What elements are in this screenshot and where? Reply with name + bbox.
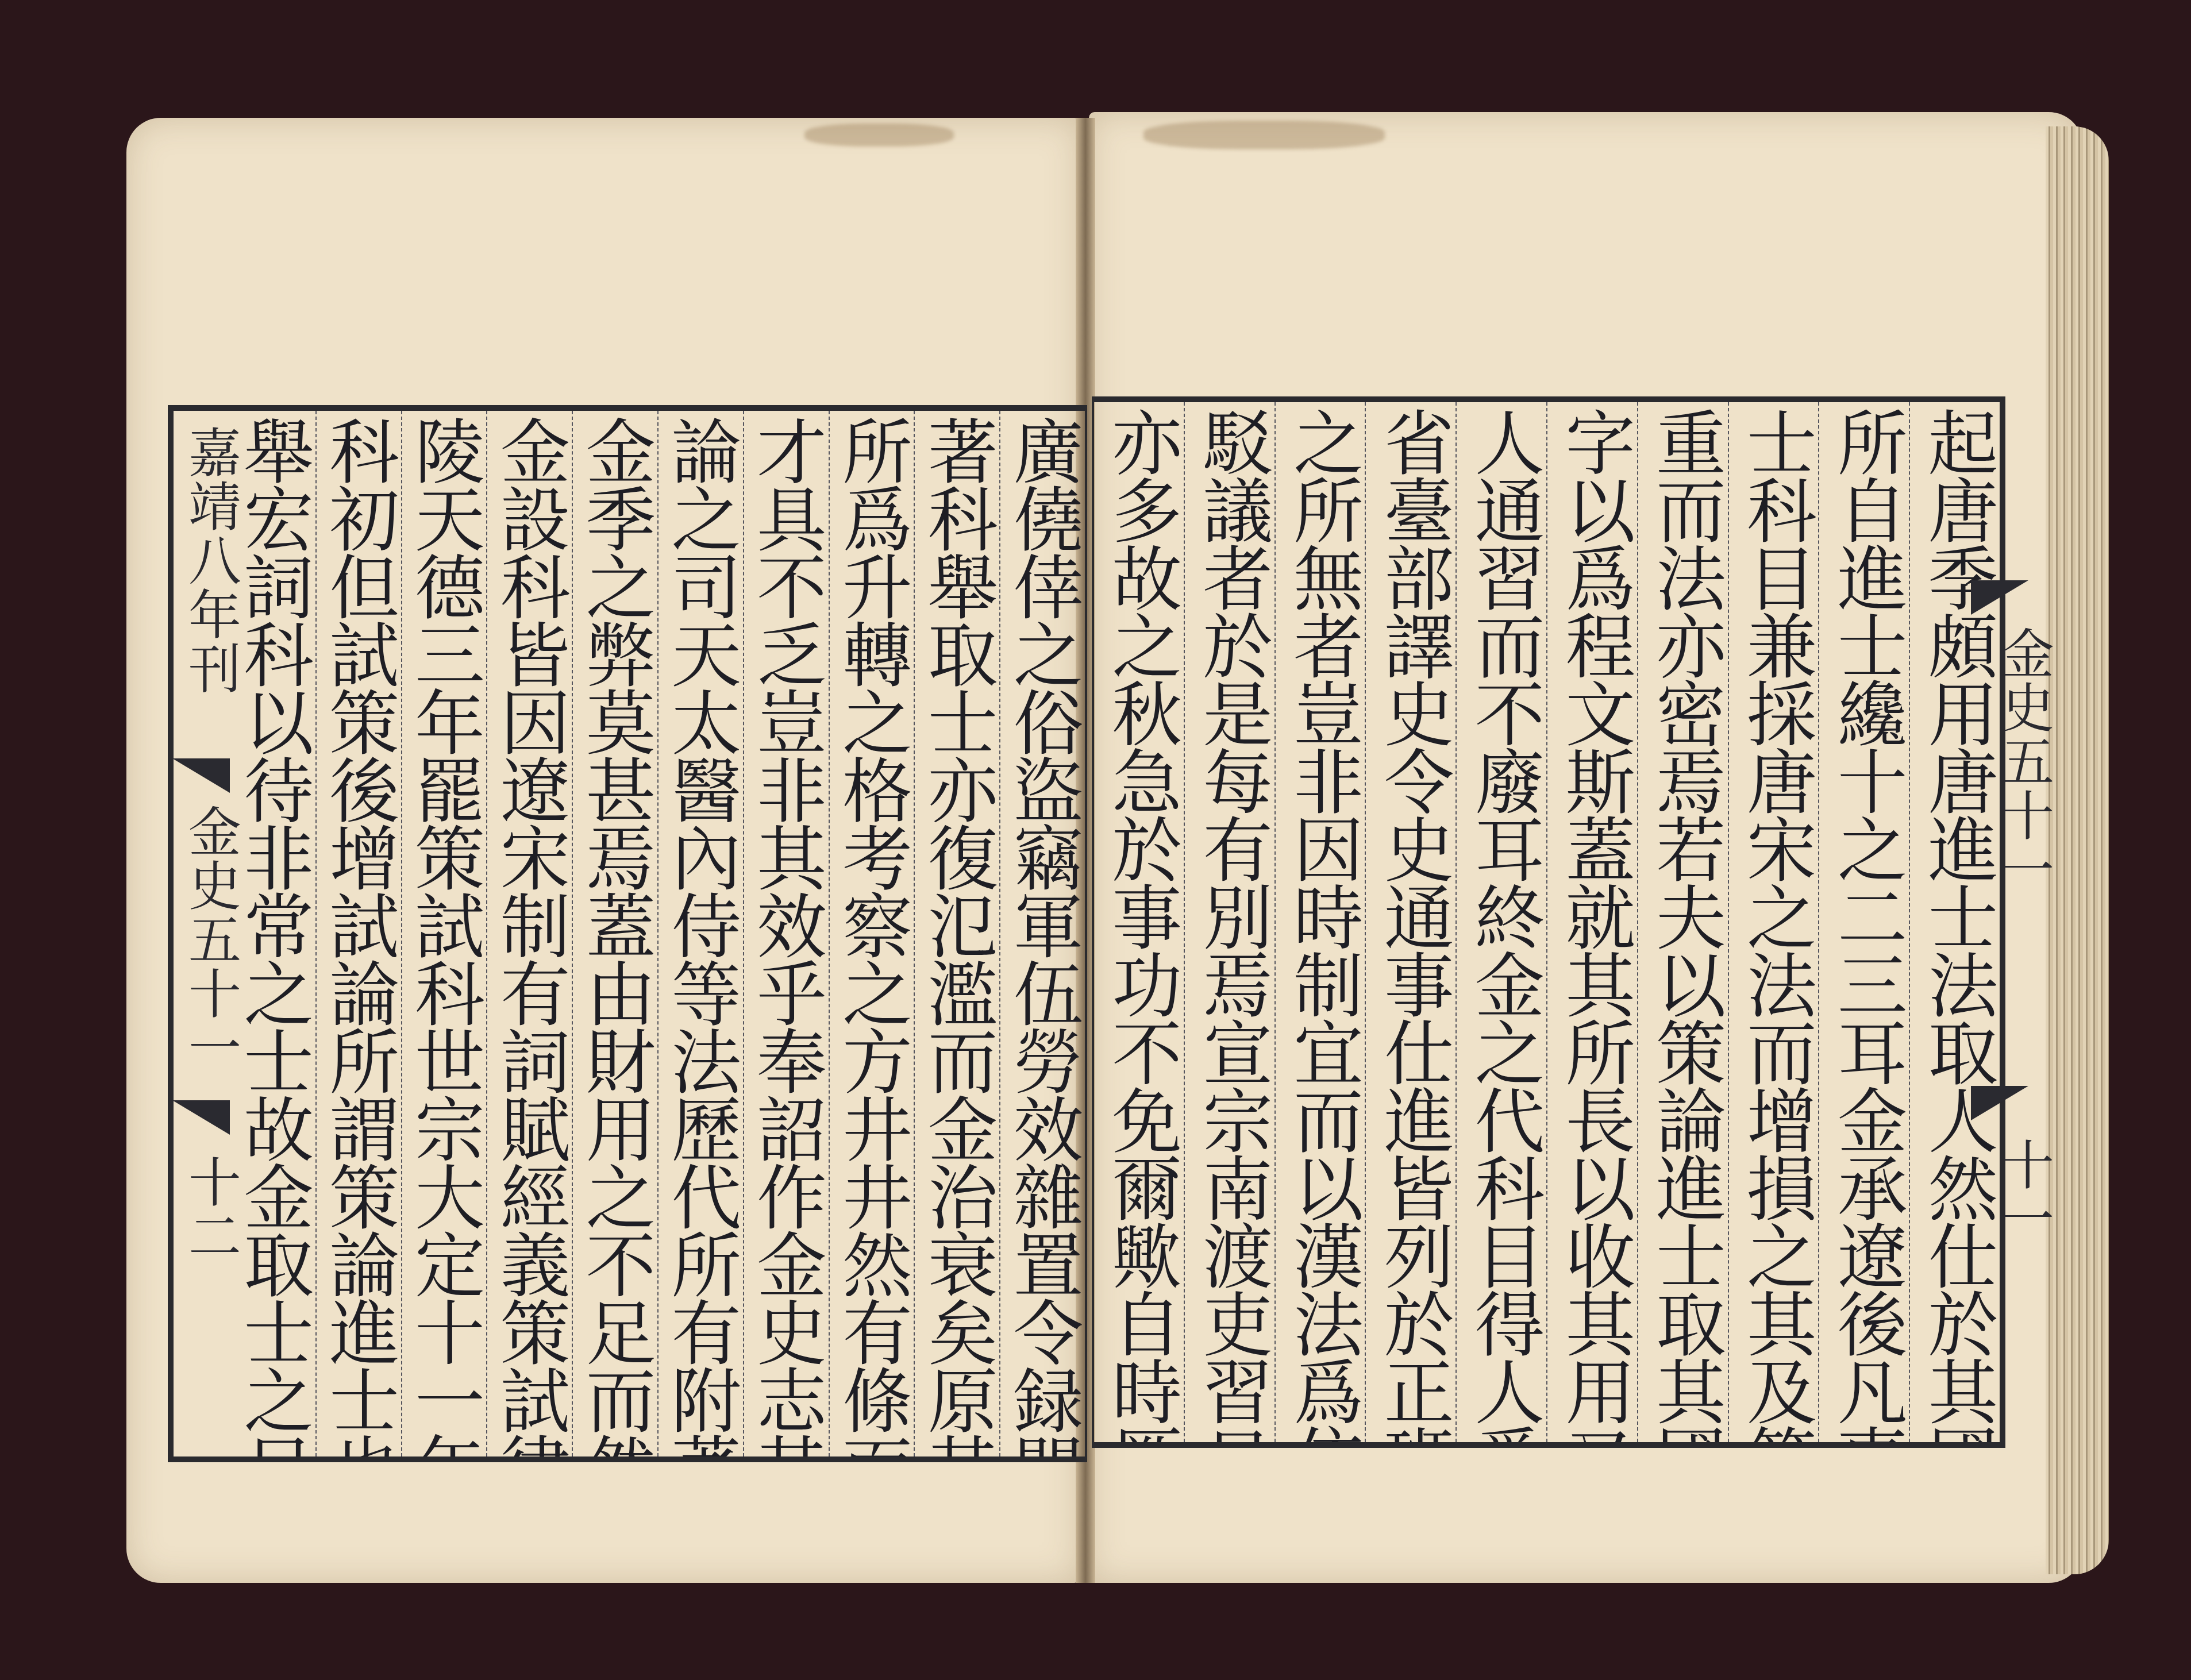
left-text-columns: 廣僥倖之俗盜竊軍伍勞效雜置令録門蔭右職迭居朝 著科舉取士亦復氾濫而金治衰矣原其立… — [231, 411, 1085, 1456]
right-text-columns: 起唐季頗用唐進士法取人然仕於其國者攷其致身之 所自進士纔十之二三耳金承遼後凡事欲… — [1094, 402, 2000, 1442]
text-column: 之所無者豈非因時制宜而以漢法爲依据者乎金治純 — [1274, 402, 1365, 1442]
text-column: 科初但試策後增試論所謂策論進士也明昌初又設制 — [315, 411, 401, 1456]
text-column: 舉宏詞科以待非常之士故金取士之目有七焉其試詞 — [231, 411, 315, 1456]
text-column: 廣僥倖之俗盜竊軍伍勞效雜置令録門蔭右職迭居朝 — [999, 411, 1085, 1456]
text-column: 起唐季頗用唐進士法取人然仕於其國者攷其致身之 — [1909, 402, 2000, 1442]
text-column: 才具不乏豈非其效乎奉詔作金史志其選舉因得而詳 — [743, 411, 829, 1456]
text-column: 陵天德三年罷策試科世宗大定十一年剏設女直進士 — [401, 411, 487, 1456]
text-column: 人通習而不廢耳終金之代科目得人爲盛諸宮護衛及 — [1455, 402, 1546, 1442]
right-margin-title: 金史五十一 — [1985, 626, 2061, 896]
text-column: 論之司天太醫內侍等法歷代所有附著于斯鬻爵進納 — [657, 411, 743, 1456]
open-book: 嘉靖八年刊 金史五十一 十二 廣僥倖之俗盜竊軍伍勞效雜置令録門蔭右職迭居朝 著科… — [0, 0, 2191, 1680]
text-column: 字以爲程文斯蓋就其所長以收其用又欲行其國字使 — [1546, 402, 1637, 1442]
text-column: 省臺部譯史令史通事仕進皆列於正班斯則唐宋以來 — [1365, 402, 1455, 1442]
paper-damage-stain — [804, 124, 954, 147]
text-column: 所爲升轉之格考察之方井井然有條而不紊百有餘年 — [829, 411, 914, 1456]
paper-damage-stain — [1143, 121, 1385, 149]
right-margin-page-number: 十一 — [1985, 1138, 2061, 1246]
text-column: 金設科皆因遼宋制有詞賦經義策試律科經童之制海 — [486, 411, 572, 1456]
text-column: 亦多故之秋急於事功不免爾歟自時厥後仕進之岐既 — [1094, 402, 1184, 1442]
text-column: 士科目兼採唐宋之法而增損之其及第出身視前代特 — [1728, 402, 1819, 1442]
text-column: 金季之弊莫甚焉蓋由財用之不足而然也特載食貨志 — [572, 411, 657, 1456]
text-column: 所自進士纔十之二三耳金承遼後凡事欲軼遼世故進 — [1818, 402, 1909, 1442]
right-text-frame: 起唐季頗用唐進士法取人然仕於其國者攷其致身之 所自進士纔十之二三耳金承遼後凡事欲… — [1092, 396, 2005, 1448]
left-text-frame: 廣僥倖之俗盜竊軍伍勞效雜置令録門蔭右職迭居朝 著科舉取士亦復氾濫而金治衰矣原其立… — [168, 405, 1087, 1462]
text-column: 著科舉取士亦復氾濫而金治衰矣原其立經陳紀之初 — [914, 411, 999, 1456]
text-column: 重而法亦密焉若夫以策論進士取其國人而用女直文 — [1637, 402, 1728, 1442]
text-column: 駁議者於是每有別焉宣宗南渡吏習日盛苛刻成風殆 — [1184, 402, 1274, 1442]
